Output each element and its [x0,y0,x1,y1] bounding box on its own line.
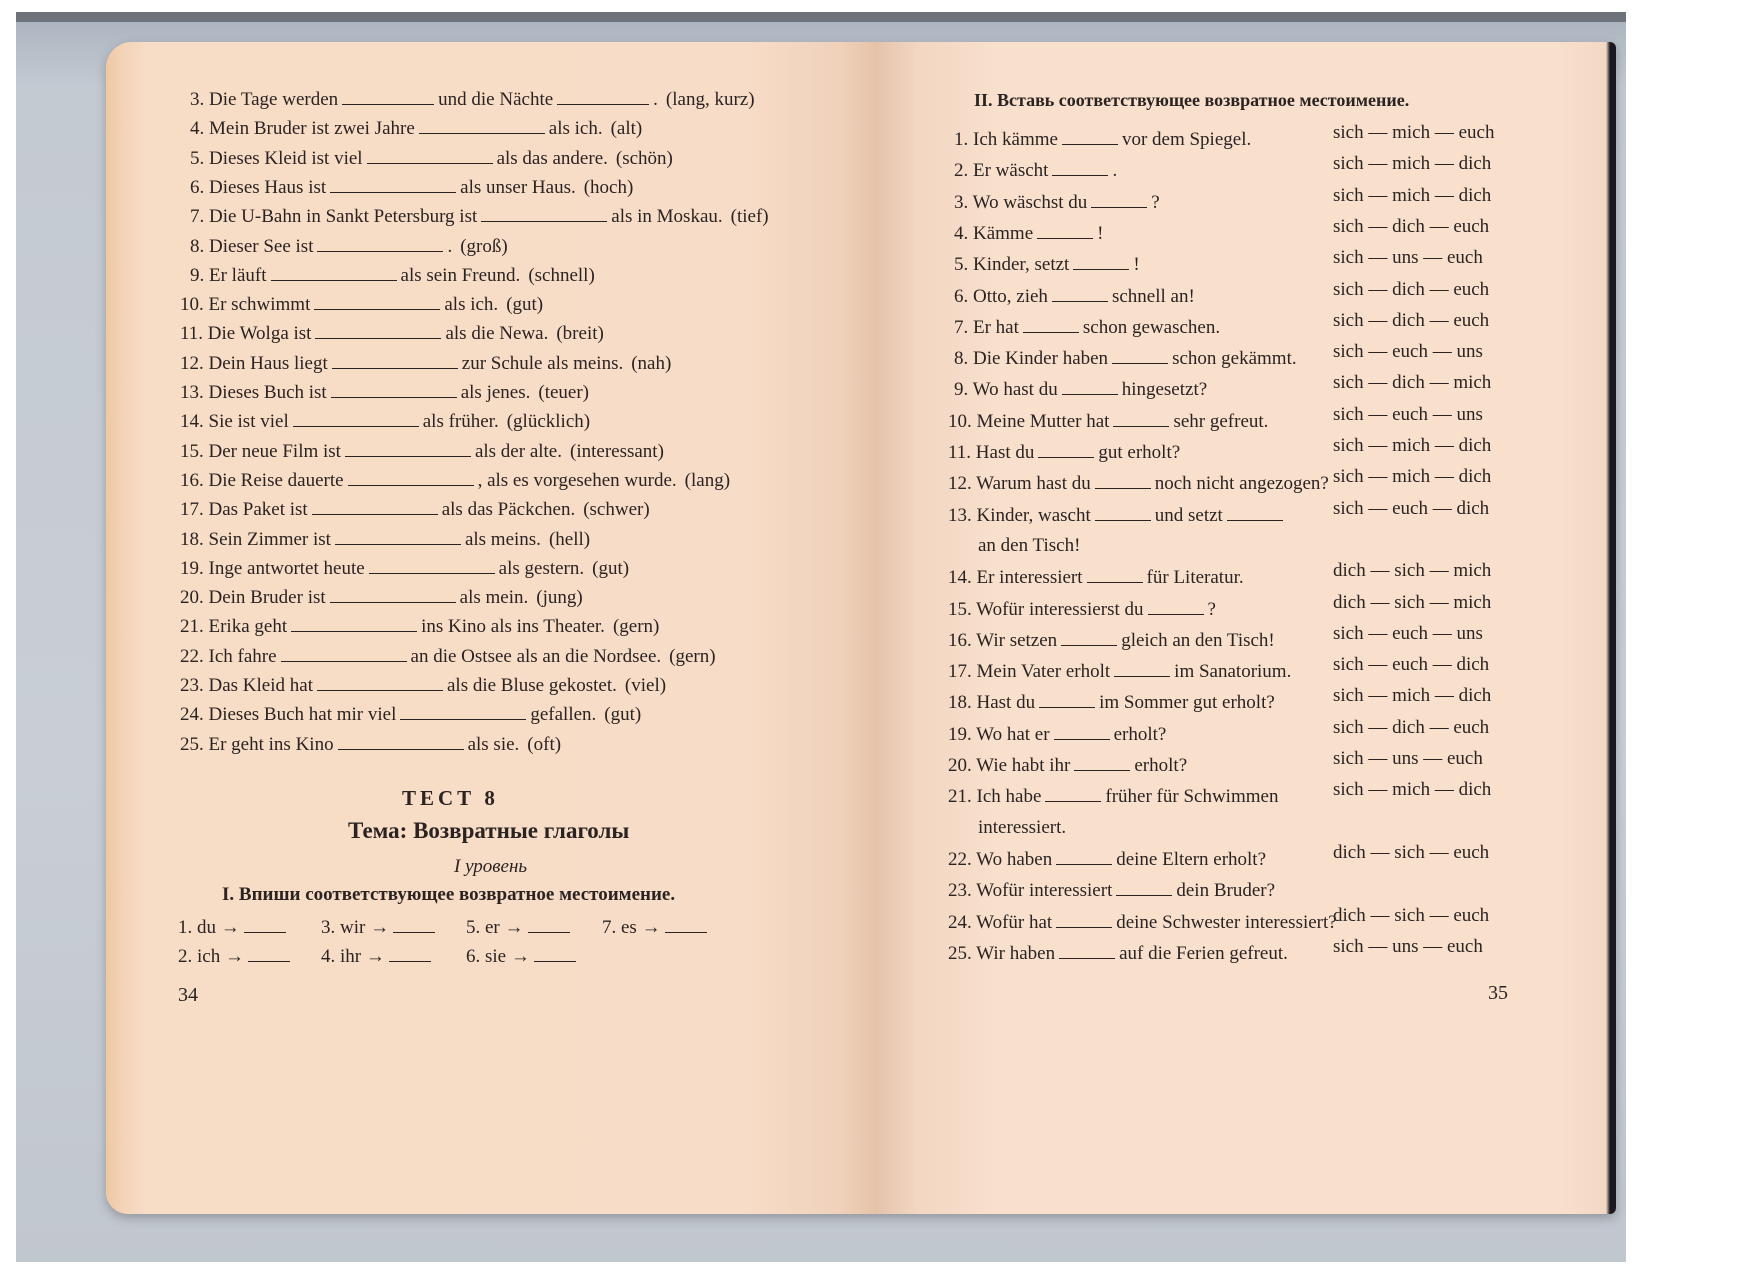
item-text: als gestern. [499,558,584,579]
item-number: 19. [180,558,209,579]
answer-options: sich — euch — dich [1333,498,1489,520]
answer-options: sich — mich — dich [1333,153,1491,175]
item-number: 18. [948,692,977,713]
item-text: schnell an! [1112,286,1195,307]
answer-options: sich — mich — dich [1333,685,1491,707]
item-number: 15. [180,441,209,462]
answer-options: dich — sich — euch [1333,842,1489,864]
item-number: 23. [180,675,209,696]
item-text: als ich. [549,118,603,139]
answer-blank[interactable] [1054,723,1110,740]
answer-blank[interactable] [1113,410,1169,427]
item-text: Er interessiert [977,567,1083,588]
answer-blank[interactable] [330,586,456,603]
item-text: Die Reise dauerte [209,470,344,491]
answer-blank[interactable] [1087,566,1143,583]
answer-blank[interactable] [419,117,545,134]
answer-blank[interactable] [367,147,493,164]
answer-options: sich — euch — dich [1333,654,1489,676]
left-page: 3. Die Tage werdenund die Nächte.(lang, … [106,42,876,1214]
answer-options: dich — sich — euch [1333,905,1489,927]
answer-options: sich — dich — euch [1333,717,1489,739]
exercise-item: 22. Wo habendeine Eltern erholt? [948,848,1266,871]
answer-blank[interactable] [400,703,526,720]
item-text: Dieses Haus ist [209,177,326,198]
item-text: Er läuft [209,265,267,286]
item-text: und die Nächte [438,89,553,110]
item-number: 17. [948,661,977,682]
item-text: Dieser See ist [209,236,313,257]
hint-word: (groß) [460,236,507,257]
page-number-right: 35 [1488,982,1508,1005]
item-number: 5. [954,254,973,275]
item-text: Wie habt ihr [976,755,1070,776]
item-number: 12. [948,473,976,494]
exercise-item: 21. Erika gehtins Kino als ins Theater.(… [180,615,659,638]
hint-word: (lang) [685,470,730,491]
item-number: 19. [948,724,976,745]
item-number: 25. [948,943,976,964]
item-number: 14. [180,411,209,432]
item-text: hingesetzt? [1122,379,1207,400]
level-heading: I уровень [454,856,527,878]
hint-word: (interessant) [570,441,664,462]
answer-blank[interactable] [1091,191,1147,208]
hint-word: (lang, kurz) [666,89,755,110]
answer-blank[interactable] [557,88,649,105]
exercise-item: 4. Kämme! [954,222,1103,245]
answer-blank[interactable] [1056,911,1112,928]
hint-word: (oft) [527,734,561,755]
item-number: 24. [180,704,209,725]
exercise-item: 17. Mein Vater erholtim Sanatorium. [948,660,1291,683]
answer-blank[interactable] [389,945,431,962]
scanner-edge [16,12,1626,22]
answer-blank[interactable] [1059,942,1115,959]
item-text: als früher. [423,411,499,432]
hint-word: (nah) [631,353,671,374]
item-text: als jenes. [461,382,531,403]
item-number: 7. [190,206,209,227]
exercise-item: 10. Meine Mutter hatsehr gefreut. [948,410,1268,433]
exercise-item: 12. Dein Haus liegtzur Schule als meins.… [180,352,671,375]
answer-options: sich — mich — euch [1333,122,1494,144]
answer-options: sich — mich — dich [1333,185,1491,207]
exercise-item: 5. Dieses Kleid ist vielals das andere.(… [190,147,673,170]
answer-options: sich — mich — dich [1333,466,1491,488]
item-number: 16. [948,630,976,651]
item-text: als die Bluse gekostet. [447,675,617,696]
exercise-item: 24. Wofür hatdeine Schwester interessier… [948,911,1337,934]
item-number: 9. [954,379,973,400]
answer-options: dich — sich — mich [1333,560,1491,582]
item-text: Dein Bruder ist [209,587,326,608]
item-number: 22. [948,849,976,870]
exercise-item: 19. Wo hat ererholt? [948,723,1166,746]
answer-blank[interactable] [1056,848,1112,865]
task2-title: II. Вставь соответствующее возвратное ме… [974,90,1409,111]
exercise-item: 16. Wir setzengleich an den Tisch! [948,629,1275,652]
item-text: Otto, zieh [973,286,1048,307]
item-number: 10. [180,294,209,315]
answer-blank[interactable] [393,916,435,933]
item-text: . [447,236,452,257]
answer-blank[interactable] [1095,504,1151,521]
exercise-item: 13. Kinder, waschtund setzt [948,504,1287,527]
exercise-item: 20. Dein Bruder istals mein.(jung) [180,586,583,609]
answer-options: dich — sich — mich [1333,592,1491,614]
answer-blank[interactable] [1052,285,1108,302]
hint-word: (hell) [549,529,590,550]
item-number: 22. [180,646,209,667]
item-number: 18. [180,529,209,550]
topic-heading: Тема: Возвратные глаголы [348,818,629,844]
item-number: 11. [948,442,976,463]
item-text: Hast du [976,442,1035,463]
item-text: Inge antwortet heute [209,558,365,579]
exercise-item: 25. Er geht ins Kinoals sie.(oft) [180,733,561,756]
item-text: vor dem Spiegel. [1122,129,1251,150]
item-text: Er hat [973,317,1019,338]
item-text: zur Schule als meins. [462,353,623,374]
item-text: Wir setzen [976,630,1057,651]
item-text: Kinder, wascht [977,505,1091,526]
answer-blank[interactable] [1074,754,1130,771]
item-text: als das andere. [497,148,608,169]
item-text: Warum hast du [976,473,1091,494]
item-number: 7. [954,317,973,338]
answer-blank[interactable] [345,440,471,457]
item-text: Ich kämme [973,129,1058,150]
item-text: sehr gefreut. [1173,411,1268,432]
item-text: gut erholt? [1098,442,1180,463]
hint-word: (gut) [506,294,543,315]
item-text: deine Schwester interessiert? [1116,912,1337,933]
exercise-item: 18. Sein Zimmer istals meins.(hell) [180,528,590,551]
hint-word: (tief) [731,206,769,227]
exercise-item: 7. Er hatschon gewaschen. [954,316,1220,339]
exercise-item: 4. Mein Bruder ist zwei Jahreals ich.(al… [190,117,642,140]
item-text: ins Kino als ins Theater. [421,616,605,637]
answer-blank[interactable] [369,557,495,574]
item-text: erholt? [1114,724,1167,745]
answer-blank[interactable] [317,674,443,691]
exercise-item: 13. Dieses Buch istals jenes.(teuer) [180,381,589,404]
item-text: als in Moskau. [611,206,722,227]
item-text: Er geht ins Kino [209,734,334,755]
answer-blank[interactable] [1037,222,1093,239]
item-text: Kämme [973,223,1033,244]
item-text: Dieses Buch ist [209,382,327,403]
item-number: 20. [180,587,209,608]
item-number: 14. [948,567,977,588]
item-text: Sein Zimmer ist [209,529,331,550]
answer-blank[interactable] [1148,598,1204,615]
item-text: gefallen. [530,704,596,725]
item-text: dein Bruder? [1176,880,1275,901]
item-number: 17. [180,499,209,520]
exercise-item: 14. Sie ist vielals früher.(glücklich) [180,410,590,433]
pronoun-item: 4. ihr → [321,945,435,968]
exercise-item: 5. Kinder, setzt! [954,253,1140,276]
item-text: als ich. [444,294,498,315]
exercise-item: 8. Dieser See ist.(groß) [190,235,508,258]
item-text: als sie. [468,734,520,755]
answer-options: sich — uns — euch [1333,936,1483,958]
item-text: als der alte. [475,441,562,462]
item-number: 4. [190,118,209,139]
pronoun-item: 1. du → [178,916,290,939]
item-text: im Sanatorium. [1174,661,1291,682]
hint-word: (hoch) [584,177,634,198]
answer-blank[interactable] [248,945,290,962]
answer-blank[interactable] [330,176,456,193]
pronoun-item: 2. ich → [178,945,294,968]
answer-blank[interactable] [244,916,286,933]
answer-blank[interactable] [291,615,417,632]
item-text: Der neue Film ist [209,441,341,462]
hint-word: (glücklich) [507,411,590,432]
item-text: Die Tage werden [209,89,338,110]
exercise-item: 23. Wofür interessiertdein Bruder? [948,879,1275,902]
item-text: Die U-Bahn in Sankt Petersburg ist [209,206,477,227]
item-number: 24. [948,912,976,933]
item-text: Wo hat er [976,724,1049,745]
exercise-item: 11. Die Wolga istals die Newa.(breit) [180,322,604,345]
answer-blank[interactable] [338,733,464,750]
exercise-item: 19. Inge antwortet heuteals gestern.(gut… [180,557,629,580]
pronoun-label: 2. ich → [178,946,244,967]
item-number: 10. [948,411,977,432]
item-text: Er wäscht [973,160,1048,181]
pronoun-label: 7. es → [602,917,661,938]
exercise-item: 20. Wie habt ihrerholt? [948,754,1187,777]
answer-blank[interactable] [1023,316,1079,333]
item-text: als die Newa. [445,323,548,344]
test-title: ТЕСТ 8 [402,786,499,811]
item-text: Die Wolga ist [208,323,312,344]
pronoun-item: 7. es → [602,916,711,939]
item-number: 2. [954,160,973,181]
exercise-item: 1. Ich kämmevor dem Spiegel. [954,128,1251,151]
item-text: . [1112,160,1117,181]
item-text: Wir haben [976,943,1055,964]
exercise-item: 25. Wir habenauf die Ferien gefreut. [948,942,1288,965]
answer-blank[interactable] [1045,785,1101,802]
item-text: Er schwimmt [209,294,311,315]
answer-options: sich — euch — uns [1333,623,1483,645]
answer-blank[interactable] [348,469,474,486]
item-text: Wo wäschst du [973,192,1088,213]
item-text: Dieses Buch hat mir viel [209,704,397,725]
item-text: Wofür interessiert [976,880,1112,901]
answer-blank[interactable] [271,264,397,281]
hint-word: (schön) [616,148,673,169]
answer-blank[interactable] [1112,347,1168,364]
item-text: als mein. [460,587,529,608]
answer-blank[interactable] [293,410,419,427]
item-number: 6. [954,286,973,307]
item-number: 3. [190,89,209,110]
answer-blank[interactable] [534,945,576,962]
pronoun-item: 3. wir → [321,916,439,939]
answer-blank[interactable] [335,528,461,545]
item-number: 4. [954,223,973,244]
item-number: 8. [954,348,973,369]
item-number: 6. [190,177,209,198]
exercise-item: 2. Er wäscht. [954,159,1117,182]
item-text: Hast du [977,692,1036,713]
item-text: deine Eltern erholt? [1116,849,1266,870]
item-text: ? [1208,599,1216,620]
answer-options: sich — uns — euch [1333,748,1483,770]
answer-options: sich — euch — uns [1333,404,1483,426]
item-text: auf die Ferien gefreut. [1119,943,1288,964]
item-text: Erika geht [209,616,288,637]
exercise-item: 9. Er läuftals sein Freund.(schnell) [190,264,595,287]
item-text: und setzt [1155,505,1223,526]
answer-options: sich — dich — mich [1333,372,1491,394]
item-text: Ich habe [977,786,1042,807]
answer-blank[interactable] [1039,691,1095,708]
item-text: schon gekämmt. [1172,348,1297,369]
exercise-item: 6. Dieses Haus istals unser Haus.(hoch) [190,176,633,199]
exercise-item: 6. Otto, ziehschnell an! [954,285,1195,308]
item-number: 8. [190,236,209,257]
item-text: Wofür interessierst du [976,599,1143,620]
item-text: Dieses Kleid ist viel [209,148,363,169]
page-number-left: 34 [178,984,198,1007]
item-text: Wo hast du [973,379,1058,400]
item-text: Das Kleid hat [209,675,313,696]
pronoun-label: 1. du → [178,917,240,938]
item-text: Sie ist viel [209,411,289,432]
hint-word: (gut) [592,558,629,579]
pronoun-item: 5. er → [466,916,574,939]
answer-blank[interactable] [1061,629,1117,646]
item-text: als unser Haus. [460,177,576,198]
exercise-item: 11. Hast dugut erholt? [948,441,1180,464]
item-text: als sein Freund. [401,265,521,286]
item-text: als meins. [465,529,541,550]
item-text: an die Ostsee als an die Nordsee. [411,646,662,667]
exercise-item: 22. Ich fahrean die Ostsee als an die No… [180,645,716,668]
item-number: 20. [948,755,976,776]
pronoun-label: 3. wir → [321,917,389,938]
item-number: 12. [180,353,209,374]
exercise-item: 15. Wofür interessierst du? [948,598,1216,621]
answer-blank[interactable] [312,498,438,515]
answer-blank[interactable] [1095,472,1151,489]
answer-options: sich — uns — euch [1333,247,1483,269]
answer-blank[interactable] [528,916,570,933]
answer-blank[interactable] [1114,660,1170,677]
hint-word: (teuer) [538,382,589,403]
open-book: 3. Die Tage werdenund die Nächte.(lang, … [106,42,1616,1214]
item-text: Kinder, setzt [973,254,1069,275]
exercise-item: 21. Ich habefrüher für Schwimmen [948,785,1278,808]
answer-blank[interactable] [1052,159,1108,176]
answer-options: sich — euch — uns [1333,341,1483,363]
answer-blank[interactable] [1227,504,1283,521]
answer-options: sich — dich — euch [1333,310,1489,332]
item-text: ! [1097,223,1103,244]
exercise-item: 16. Die Reise dauerte, als es vorgesehen… [180,469,730,492]
answer-options: sich — mich — dich [1333,435,1491,457]
item-text: . [653,89,658,110]
item-number: 16. [180,470,209,491]
answer-blank[interactable] [1073,253,1129,270]
pronoun-item: 6. sie → [466,945,580,968]
hint-word: (alt) [611,118,643,139]
hint-word: (schwer) [583,499,649,520]
exercise-item: 12. Warum hast dunoch nicht angezogen? [948,472,1329,495]
task1-title: I. Впиши соответствующее возвратное мест… [222,884,675,906]
answer-blank[interactable] [481,205,607,222]
exercise-item: 23. Das Kleid hatals die Bluse gekostet.… [180,674,666,697]
item-text: Mein Vater erholt [977,661,1111,682]
answer-blank[interactable] [281,645,407,662]
answer-blank[interactable] [314,293,440,310]
item-text: als das Päckchen. [442,499,575,520]
answer-blank[interactable] [315,322,441,339]
item-number: 3. [954,192,973,213]
hint-word: (jung) [536,587,582,608]
answer-blank[interactable] [1062,378,1118,395]
item-text: im Sommer gut erholt? [1099,692,1275,713]
exercise-item: 17. Das Paket istals das Päckchen.(schwe… [180,498,650,521]
hint-word: (schnell) [528,265,594,286]
answer-options: sich — dich — euch [1333,216,1489,238]
item-number: 13. [948,505,977,526]
pronoun-label: 4. ihr → [321,946,385,967]
item-number: 25. [180,734,209,755]
answer-blank[interactable] [332,352,458,369]
pronoun-label: 6. sie → [466,946,530,967]
item-number: 13. [180,382,209,403]
hint-word: (breit) [556,323,603,344]
item-number: 15. [948,599,976,620]
item-number: 21. [948,786,977,807]
exercise-item: 8. Die Kinder habenschon gekämmt. [954,347,1297,370]
exercise-item: 3. Wo wäschst du? [954,191,1160,214]
item-text: , als es vorgesehen wurde. [478,470,677,491]
item-text: Mein Bruder ist zwei Jahre [209,118,415,139]
answer-blank[interactable] [1062,128,1118,145]
right-page: II. Вставь соответствующее возвратное ме… [876,42,1616,1214]
pronoun-label: 5. er → [466,917,524,938]
exercise-item: 7. Die U-Bahn in Sankt Petersburg istals… [190,205,769,228]
item-text: Wo haben [976,849,1052,870]
answer-blank[interactable] [342,88,434,105]
exercise-item: 9. Wo hast duhingesetzt? [954,378,1207,401]
item-text: früher für Schwimmen [1105,786,1278,807]
item-number: 23. [948,880,976,901]
item-text: ! [1133,254,1139,275]
exercise-item: 3. Die Tage werdenund die Nächte.(lang, … [190,88,755,111]
item-continuation: interessiert. [978,817,1066,839]
answer-blank[interactable] [331,381,457,398]
answer-blank[interactable] [1038,441,1094,458]
item-number: 11. [180,323,208,344]
item-text: Dein Haus liegt [209,353,328,374]
exercise-item: 15. Der neue Film istals der alte.(inter… [180,440,664,463]
answer-blank[interactable] [665,916,707,933]
answer-blank[interactable] [317,235,443,252]
item-text: Das Paket ist [209,499,308,520]
answer-blank[interactable] [1116,879,1172,896]
item-continuation: an den Tisch! [978,535,1080,557]
